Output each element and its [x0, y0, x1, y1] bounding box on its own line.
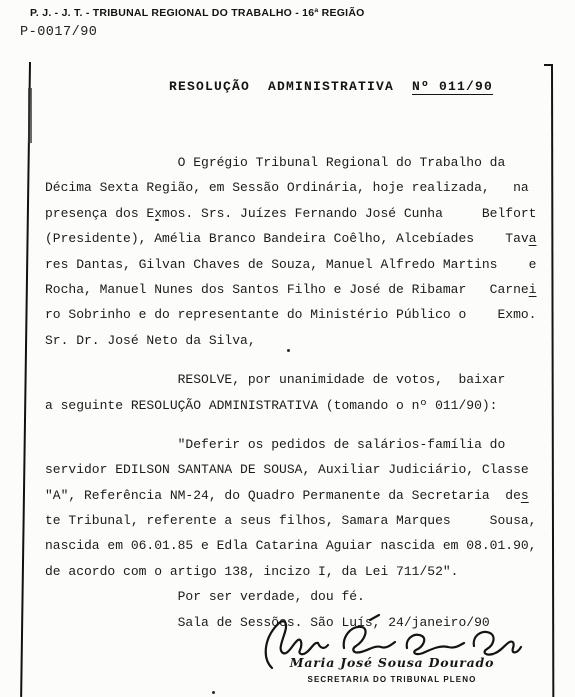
ink-speck: [212, 691, 215, 694]
document-line: (Presidente), Amélia Branco Bandeira Coê…: [45, 226, 545, 251]
document-line: res Dantas, Gilvan Chaves de Souza, Manu…: [45, 252, 545, 277]
document-line: Por ser verdade, dou fé.: [45, 584, 545, 609]
document-line: de acordo com o artigo 138, incizo I, da…: [45, 559, 545, 584]
document-line: Décima Sexta Região, em Sessão Ordinária…: [45, 175, 545, 200]
document-line: servidor EDILSON SANTANA DE SOUSA, Auxil…: [45, 457, 545, 482]
scan-edge-right: [551, 64, 554, 697]
document-line: presença dos Exmos. Srs. Juízes Fernando…: [45, 201, 545, 226]
document-line: O Egrégio Tribunal Regional do Trabalho …: [45, 150, 545, 175]
court-header: P. J. - J. T. - TRIBUNAL REGIONAL DO TRA…: [30, 7, 365, 19]
document-line: ro Sobrinho e do representante do Minist…: [45, 302, 545, 327]
signatory-name: Maria José Sousa Dourado: [252, 655, 532, 670]
document-line: te Tribunal, referente a seus filhos, Sa…: [45, 508, 545, 533]
document-body: O Egrégio Tribunal Regional do Trabalho …: [45, 150, 545, 635]
document-page: P. J. - J. T. - TRIBUNAL REGIONAL DO TRA…: [0, 0, 575, 697]
document-line: "Deferir os pedidos de salários-família …: [45, 432, 545, 457]
scan-edge-left-dark-segment: [28, 88, 33, 143]
scan-edge-right-tick: [544, 64, 553, 66]
signatory-role: SECRETARIA DO TRIBUNAL PLENO: [252, 675, 532, 684]
document-title: RESOLUÇÃO ADMINISTRATIVA: [169, 79, 394, 94]
document-line: Rocha, Manuel Nunes dos Santos Filho e J…: [45, 277, 545, 302]
document-line: a seguinte RESOLUÇÃO ADMINISTRATIVA (tom…: [45, 393, 545, 418]
document-line: Sr. Dr. José Neto da Silva,: [45, 328, 545, 353]
document-number: Nº 011/90: [412, 79, 493, 94]
scan-edge-left: [20, 62, 31, 697]
document-line: "A", Referência NM-24, do Quadro Permane…: [45, 483, 545, 508]
document-line: nascida em 06.01.85 e Edla Catarina Agui…: [45, 533, 545, 558]
process-number: P-0017/90: [20, 25, 97, 40]
document-line: RESOLVE, por unanimidade de votos, baixa…: [45, 367, 545, 392]
